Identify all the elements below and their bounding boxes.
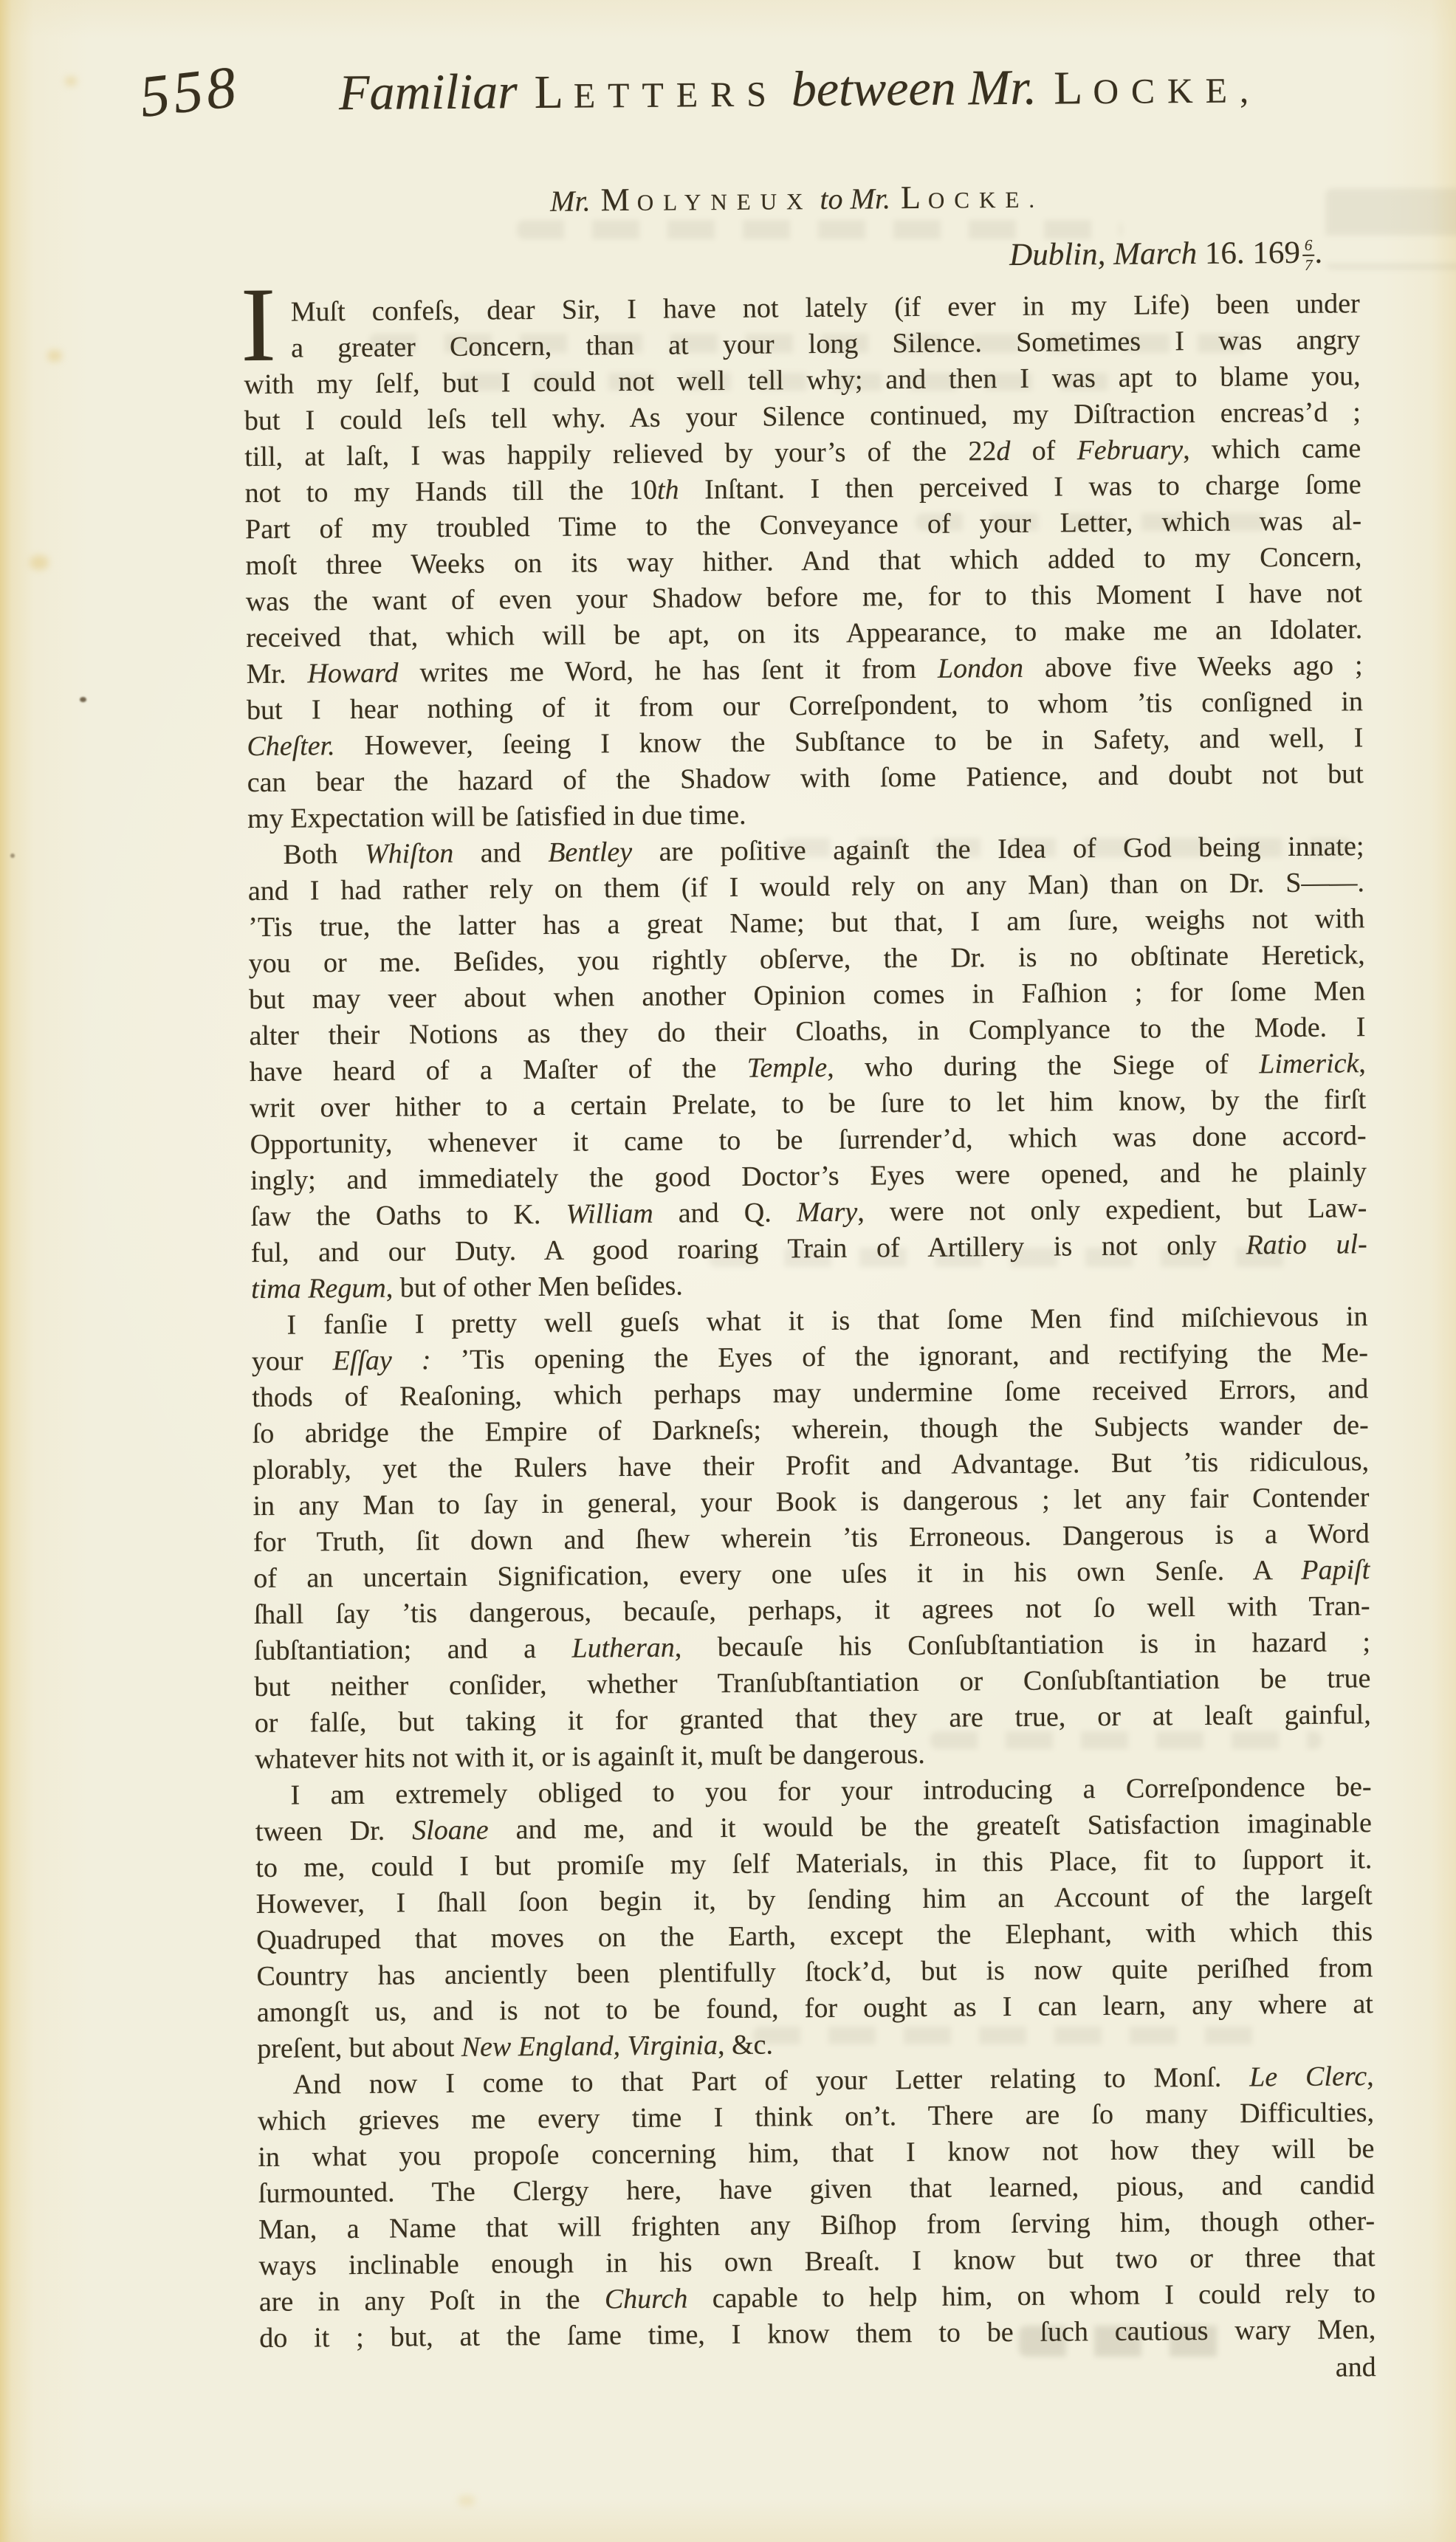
italic-word: Dublin, March	[1009, 236, 1205, 272]
italic-word: Mr.	[850, 182, 898, 216]
letter-body: I Muſt confeſs, dear Sir, I have not lat…	[244, 286, 1376, 2394]
caps-word: LOCKE.	[901, 198, 1044, 212]
caps-word: LOCKE,	[1054, 92, 1261, 106]
catchword: and	[260, 2349, 1376, 2394]
italic-word: between	[779, 59, 969, 117]
caps-word: LETTERS	[535, 96, 779, 111]
letter-dateline: Dublin, March 16. 16967.	[243, 235, 1322, 281]
italic-word: Mr.	[550, 184, 598, 218]
italic-word: to	[820, 182, 850, 216]
running-title: Familiar LETTERS between Mr. LOCKE,	[241, 55, 1359, 123]
page-content: 558 Familiar LETTERS between Mr. LOCKE, …	[0, 0, 1456, 2542]
page-number: 558	[137, 53, 243, 131]
year-fraction: 67	[1302, 238, 1315, 273]
letter-salutation: Mr. MOLYNEUXto Mr. LOCKE.	[242, 175, 1359, 221]
book-page-scan: 558 Familiar LETTERS between Mr. LOCKE, …	[0, 0, 1456, 2542]
body-line: do it ; but, at the ſame time, I know th…	[259, 2312, 1376, 2357]
dateline-text: Dublin, March 16. 169	[1009, 236, 1300, 272]
italic-word: Familiar	[339, 63, 530, 120]
dateline-period: .	[1314, 236, 1322, 270]
roman-word: 16. 169	[1205, 236, 1300, 271]
caps-word: MOLYNEUX	[601, 199, 813, 213]
italic-word: Mr.	[968, 59, 1049, 116]
